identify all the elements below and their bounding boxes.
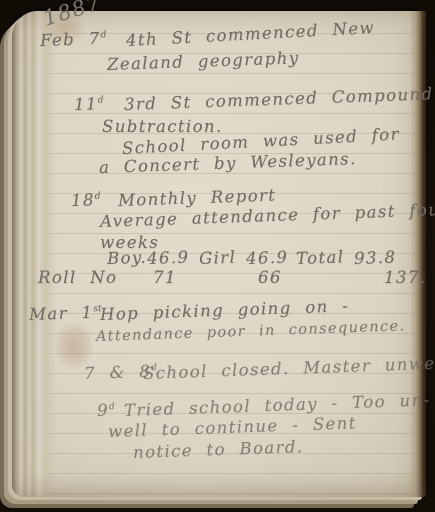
roll-total-value: 137.: [384, 268, 426, 287]
attendance-total-value: 93.8: [354, 248, 397, 268]
attendance-girls-label: Girl: [199, 248, 237, 268]
roll-girls-value: 66: [258, 268, 282, 287]
entry-date-text: Feb 7: [40, 29, 101, 50]
scanned-logbook-photo: 1887 Feb 7d 4th St commenced New Zealand…: [0, 0, 435, 512]
entry-date: 9d: [97, 400, 115, 420]
attendance-girls-value: 46.9: [246, 248, 289, 268]
attendance-total-label: Total: [296, 247, 345, 268]
entry-date-ordinal: d: [109, 402, 115, 412]
entry-date-ordinal: d: [98, 95, 104, 105]
entry-date-text: Mar 1: [29, 303, 94, 324]
entry-date-text: 18: [71, 190, 95, 210]
paper-stain-middle: [56, 324, 92, 368]
entry-date-text: 11: [74, 94, 98, 114]
entry-date: 18d: [71, 190, 101, 210]
entry-date: Feb 7d: [40, 29, 107, 50]
entry-date-ordinal: d: [95, 191, 101, 201]
entry-date: Mar 1st: [29, 302, 102, 324]
attendance-boys-value: 46.9: [147, 248, 190, 268]
attendance-boys-label: Boy.: [107, 248, 148, 268]
entry-date-text: 9: [97, 401, 110, 420]
roll-label: Roll No: [38, 268, 117, 287]
roll-boys-value: 71: [153, 268, 177, 287]
entry-date-text: 7 & 8: [84, 362, 152, 383]
entry-date: 11d: [74, 94, 104, 114]
entry-line: Subtraction.: [102, 117, 223, 136]
entry-date-ordinal: d: [100, 30, 106, 40]
